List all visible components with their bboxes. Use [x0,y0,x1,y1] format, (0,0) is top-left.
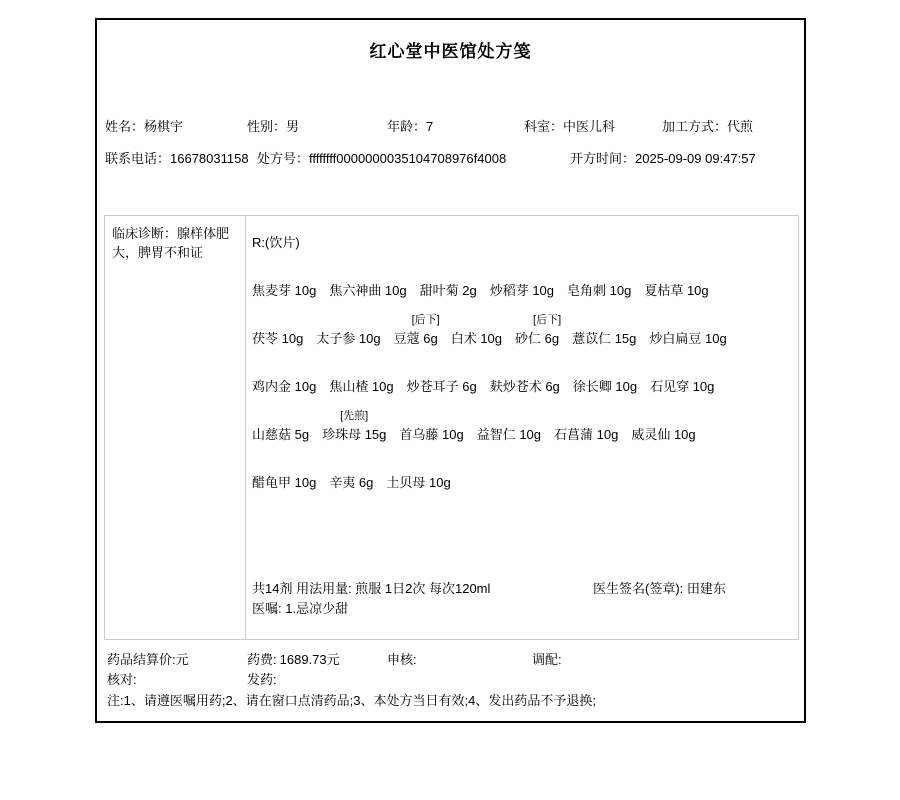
field-issue-time-label: 开方时间： [570,151,635,166]
field-fee-value: 1689.73元 [280,652,340,667]
decoction-note: [后下] [412,311,440,327]
field-name-value: 杨棋宇 [144,119,183,134]
field-department-value: 中医儿科 [563,119,615,134]
field-dispense-label: 发药: [247,672,277,687]
herb-item: 鸡内金 10g [252,376,316,395]
dosage-summary: 共14剂 用法用量: 煎服 1日2次 每次120ml [252,578,490,597]
herb-item: 炒稻芽 10g [490,280,554,299]
field-check-label: 核对: [107,672,137,687]
prescription-panel: R:(饮片) 焦麦芽 10g焦六神曲 10g甜叶菊 2g炒稻芽 10g皂角刺 1… [246,216,798,639]
herb-item: 土贝母 10g [386,472,450,491]
field-age-label: 年龄： [387,119,426,134]
field-department-label: 科室： [524,119,563,134]
doctor-advice: 医嘱: 1.忌凉少甜 [252,598,348,617]
field-check: 核对: [107,672,140,688]
field-settle-price: 药品结算价:元 [107,652,189,668]
field-gender: 性别：男 [247,119,299,135]
field-dispense: 发药: [247,672,280,688]
herb-line: 茯苓 10g太子参 10g豆蔻 6g[后下]白术 10g砂仁 6g[后下]薏苡仁… [252,328,740,347]
field-settle-price-label: 药品结算价: [107,652,176,667]
herb-item: 威灵仙 10g [631,424,695,443]
page: 红心堂中医馆处方笺 姓名：杨棋宇 性别：男 年龄：7 科室：中医儿科 加工方式：… [0,0,900,800]
footer-note: 注:1、请遵医嘱用药;2、请在窗口点清药品;3、本处方当日有效;4、发出药品不予… [107,693,596,709]
herb-item: 石菖蒲 10g [554,424,618,443]
field-name: 姓名：杨棋宇 [105,119,183,135]
herb-item: 首乌藤 10g [399,424,463,443]
herb-item: 甜叶菊 2g [420,280,477,299]
field-settle-price-value: 元 [176,652,189,667]
herb-line: 鸡内金 10g焦山楂 10g炒苍耳子 6g麸炒苍术 6g徐长卿 10g石见穿 1… [252,376,727,395]
field-rx-number-value: ffffffff0000000035104708976f4008 [309,151,506,166]
herb-item: 益智仁 10g [477,424,541,443]
herb-item: 辛夷 6g [329,472,373,491]
herb-item: 焦山楂 10g [329,376,393,395]
herb-item: 焦麦芽 10g [252,280,316,299]
herb-item: 麸炒苍术 6g [490,376,560,395]
herb-item: 珍珠母 15g[先煎] [322,424,386,443]
field-gender-value: 男 [286,119,299,134]
field-gender-label: 性别： [247,119,286,134]
herb-line: 山慈菇 5g珍珠母 15g[先煎]首乌藤 10g益智仁 10g石菖蒲 10g威灵… [252,424,709,443]
field-rx-number: 处方号：ffffffff0000000035104708976f4008 [257,151,506,167]
herb-line: 醋龟甲 10g辛夷 6g土贝母 10g [252,472,464,491]
herb-item: 山慈菇 5g [252,424,309,443]
field-prepare: 调配: [532,652,565,668]
decoction-note: [先煎] [340,407,368,423]
prescription-box: 临床诊断：腺样体肥大，脾胃不和证 R:(饮片) 焦麦芽 10g焦六神曲 10g甜… [104,215,799,640]
herb-item: 醋龟甲 10g [252,472,316,491]
field-fee: 药费:1689.73元 [247,652,340,668]
page-title: 红心堂中医馆处方笺 [97,37,804,62]
field-age-value: 7 [426,119,433,134]
field-fee-label: 药费: [247,652,277,667]
field-phone-label: 联系电话： [105,151,170,166]
field-rx-number-label: 处方号： [257,151,309,166]
field-age: 年龄：7 [387,119,433,135]
herb-item: 豆蔻 6g[后下] [394,328,438,347]
herb-item: 皂角刺 10g [567,280,631,299]
herb-item: 白术 10g [451,328,502,347]
field-review-label: 申核: [387,652,417,667]
doctor-signature: 医生签名(签章): 田建东 [593,578,726,597]
field-issue-time: 开方时间：2025-09-09 09:47:57 [570,151,756,167]
field-department: 科室：中医儿科 [524,119,615,135]
decoction-note: [后下] [533,311,561,327]
field-prepare-label: 调配: [532,652,562,667]
rx-header: R:(饮片) [252,232,300,251]
field-review: 申核: [387,652,420,668]
field-name-label: 姓名： [105,119,144,134]
field-issue-time-value: 2025-09-09 09:47:57 [635,151,756,166]
herb-item: 炒白扁豆 10g [649,328,726,347]
field-processing-label: 加工方式： [662,119,727,134]
diagnosis-panel: 临床诊断：腺样体肥大，脾胃不和证 [105,216,246,639]
field-processing-value: 代煎 [727,119,753,134]
prescription-sheet: 红心堂中医馆处方笺 姓名：杨棋宇 性别：男 年龄：7 科室：中医儿科 加工方式：… [95,18,806,723]
herb-item: 太子参 10g [316,328,380,347]
herb-item: 砂仁 6g[后下] [515,328,559,347]
field-phone-value: 16678031158 [170,151,249,166]
field-phone: 联系电话：16678031158 [105,151,249,167]
herb-item: 焦六神曲 10g [329,280,406,299]
diagnosis-label: 临床诊断： [112,226,177,241]
herb-item: 石见穿 10g [650,376,714,395]
field-processing: 加工方式：代煎 [662,119,753,135]
herb-item: 炒苍耳子 6g [407,376,477,395]
herb-line: 焦麦芽 10g焦六神曲 10g甜叶菊 2g炒稻芽 10g皂角刺 10g夏枯草 1… [252,280,722,299]
herb-item: 茯苓 10g [252,328,303,347]
herb-item: 夏枯草 10g [644,280,708,299]
herb-item: 徐长卿 10g [573,376,637,395]
herb-item: 薏苡仁 15g [572,328,636,347]
